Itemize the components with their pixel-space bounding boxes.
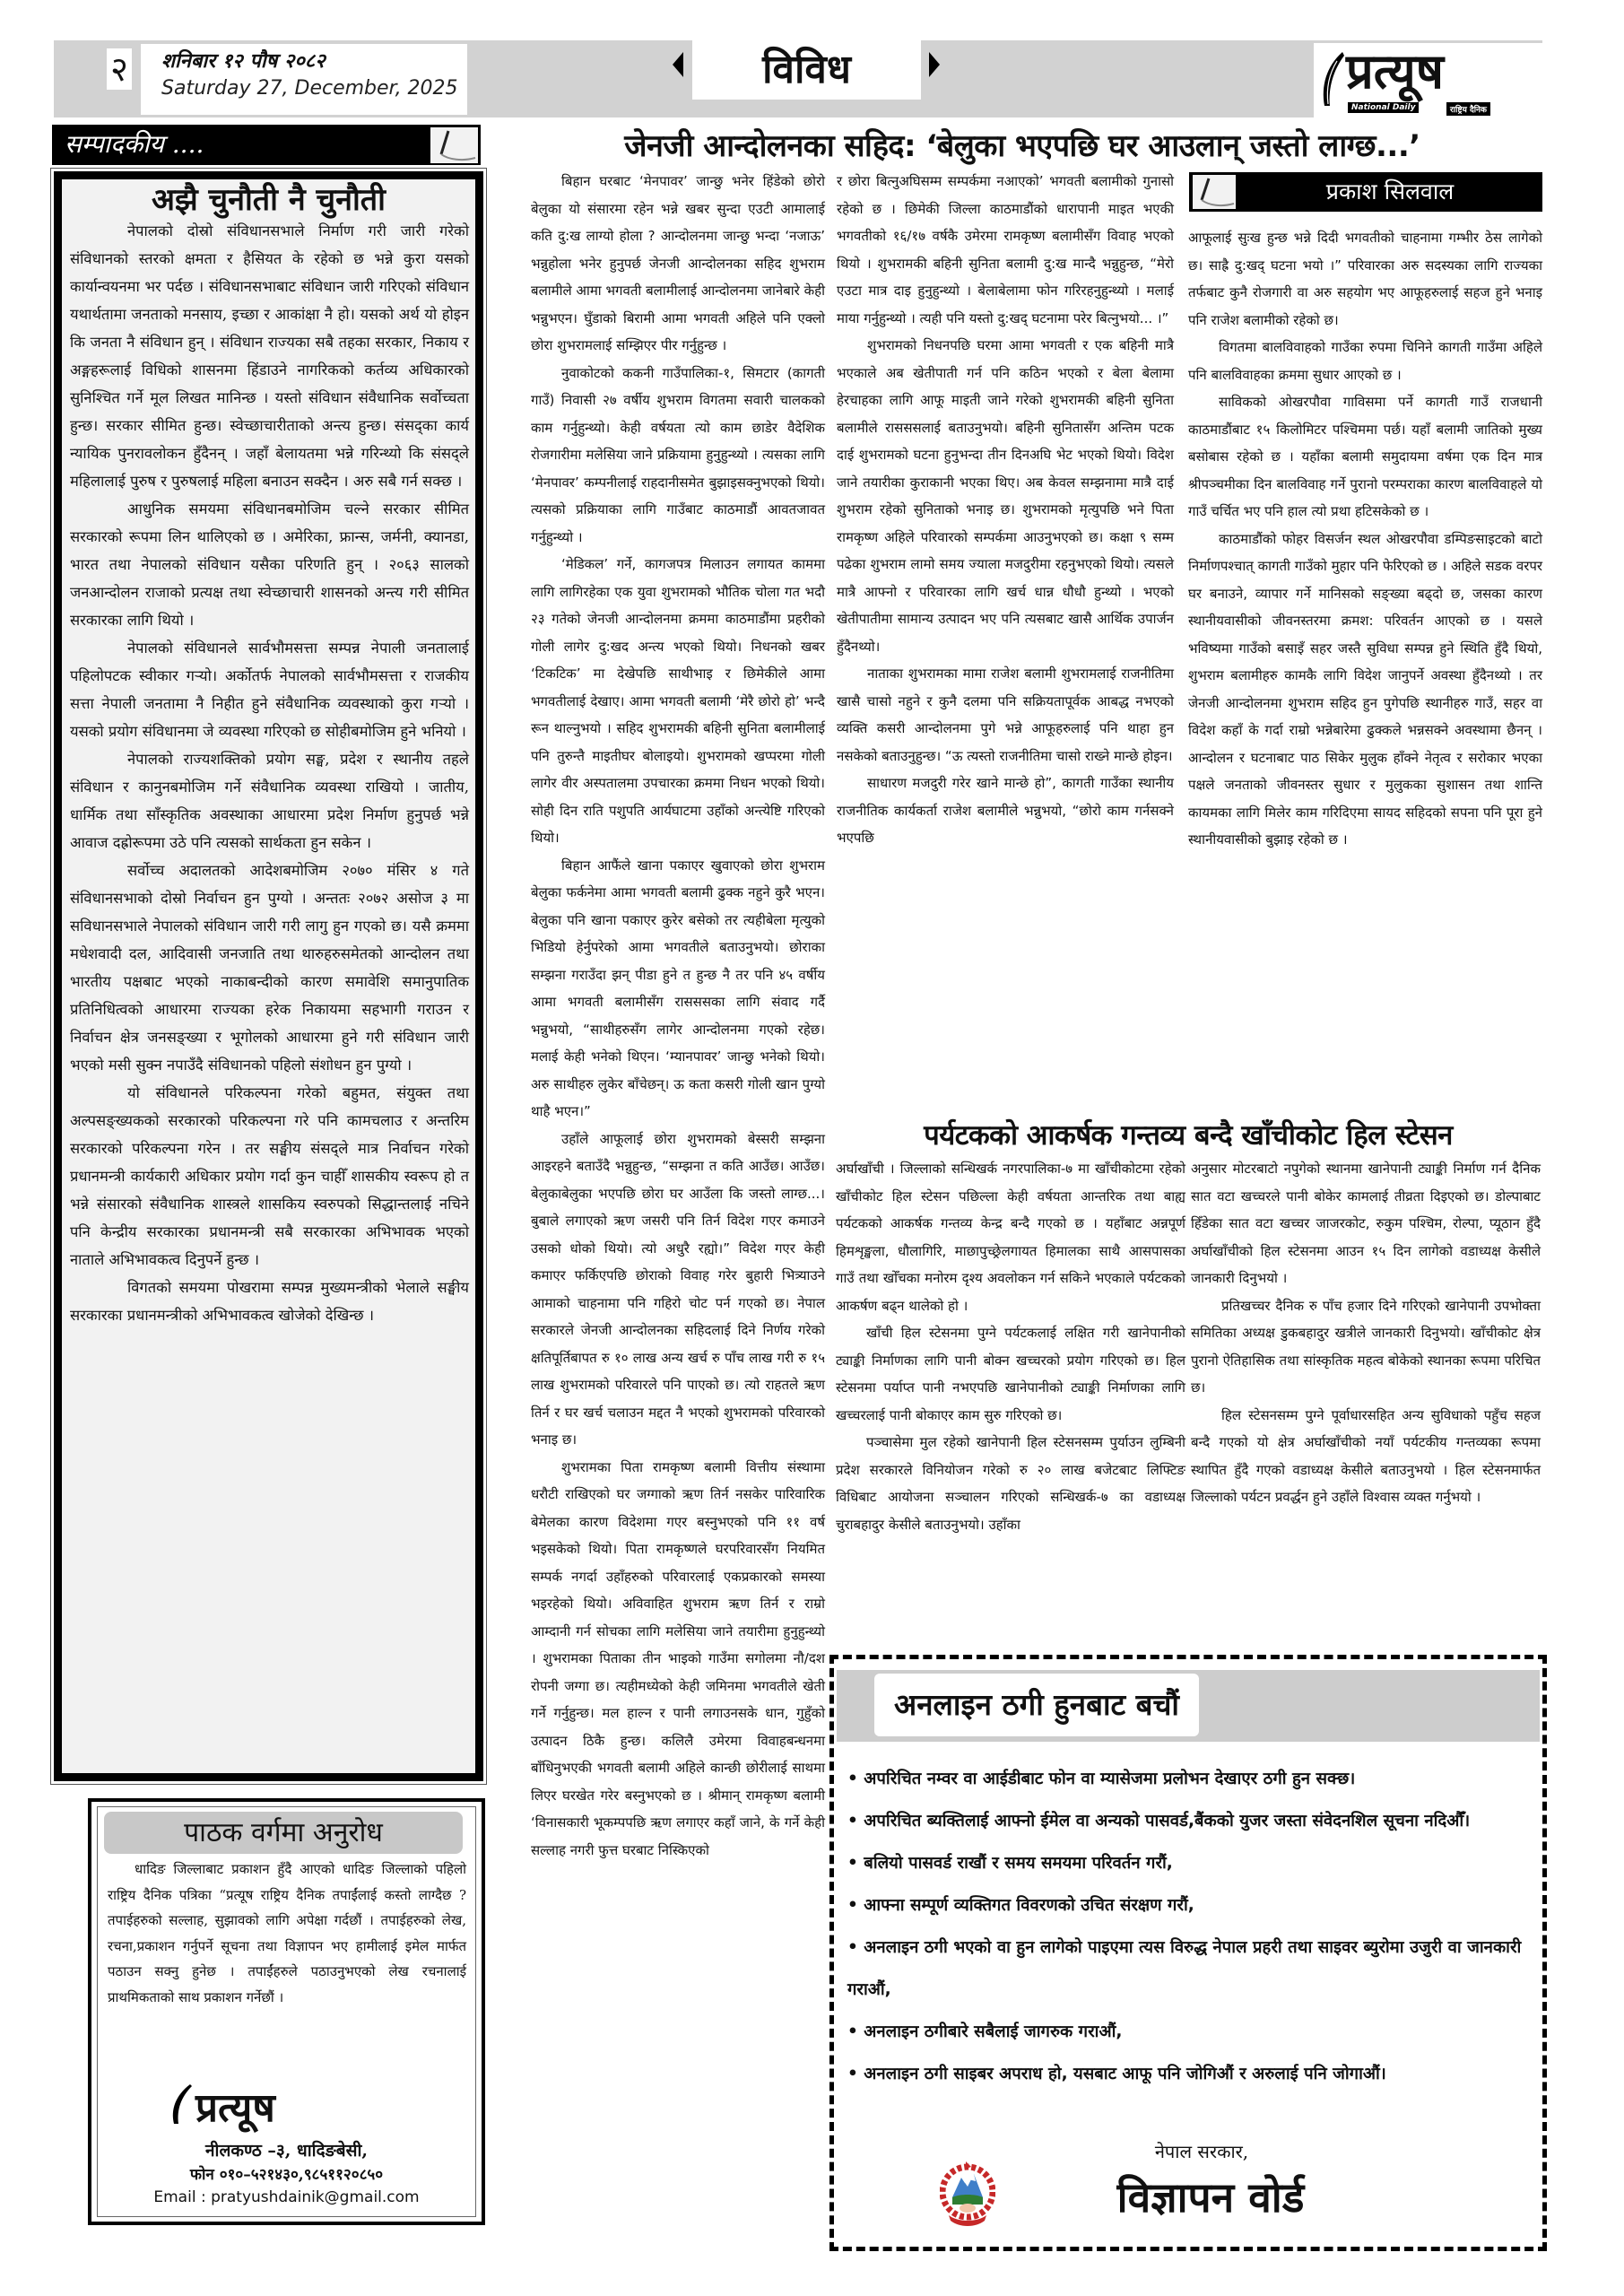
pen-icon	[1193, 175, 1236, 209]
second-headline: पर्यटकको आकर्षक गन्तव्य बन्दै खाँचीकोट ह…	[834, 1116, 1542, 1153]
feather-icon	[169, 2083, 194, 2126]
email-link[interactable]: Email : pratyushdainik@gmail.com	[97, 2188, 476, 2206]
article-paragraph: हिल स्टेसनसम्म पुग्ने पूर्वाधारसहित अन्य…	[1191, 1402, 1541, 1511]
editorial-paragraph: यो संविधानले परिकल्पना गरेको बहुमत, संयु…	[70, 1079, 469, 1274]
article-paragraph: ‘मेडिकल’ गर्ने, कागजपत्र मिलाउन लगायत का…	[531, 551, 825, 852]
article-paragraph: प्रतिखच्चर दैनिक रु पाँच हजार दिने गरिएक…	[1191, 1292, 1541, 1402]
feather-icon	[1319, 50, 1346, 108]
article-paragraph: बिहान घरबाट ‘मेनपावर’ जान्छु भनेर हिंडेक…	[531, 168, 825, 360]
ad-title: अनलाइन ठगी हुनबाट बचौं	[874, 1674, 1199, 1736]
ad-tip: • अपरिचित ब्यक्तिलाई आफ्नो ईमेल वा अन्यक…	[847, 1800, 1538, 1842]
article-paragraph: नाताका शुभरामका मामा राजेश बलामी शुभरामल…	[837, 660, 1174, 770]
second-article-column-1: अर्घाखाँची । जिल्लाको सन्धिखर्क नगरपालिक…	[836, 1155, 1185, 1538]
masthead-logo: प्रत्यूष National Daily राष्ट्रिय दैनिक	[1314, 43, 1545, 117]
editorial-paragraph: नेपालको संविधानले सार्वभौमसत्ता सम्पन्न …	[70, 634, 469, 745]
reader-request-logo: प्रत्यूष	[195, 2079, 275, 2133]
editorial-paragraph: विगतको समयमा पोखरामा सम्पन्न मुख्यमन्त्र…	[70, 1274, 469, 1329]
main-headline: जेनजी आन्दोलनका सहिद: ‘बेलुका भएपछि घर आ…	[502, 124, 1542, 165]
editorial-paragraph: आधुनिक समयमा संविधानबमोजिम चल्ने सरकार स…	[70, 495, 469, 634]
editorial-paragraph: नेपालको राज्यशक्तिको प्रयोग सङ्घ, प्रदेश…	[70, 745, 469, 857]
article-paragraph: साधारण मजदुरी गरेर खाने मान्छे हो”, कागत…	[837, 770, 1174, 852]
phone: फोन ०१०–५२१४३०,९८५११२०८५०	[97, 2163, 476, 2184]
logo-tag-english: National Daily	[1348, 102, 1419, 113]
logo-tag-nepali: राष्ट्रिय दैनिक	[1446, 102, 1490, 116]
reader-request-body: धादिङ जिल्लाबाट प्रकाशन हुँदै आएको धादिङ…	[108, 1857, 466, 2010]
editorial-paragraph: नेपालको दोस्रो संविधानसभाले निर्माण गरी …	[70, 217, 469, 495]
editorial-title: अझै चुनौती नै चुनौती	[54, 178, 483, 219]
section-title: विविध	[692, 40, 921, 100]
ad-tip: • अनलाइन ठगी भएको वा हुन लागेको पाइएमा त…	[847, 1926, 1538, 2011]
address: नीलकण्ठ –३, धादिङबेसी,	[97, 2138, 476, 2161]
ad-issuer-line1: नेपाल सरकार,	[1103, 2139, 1300, 2163]
author-name: प्रकाश सिलवाल	[1246, 176, 1533, 206]
ad-tip: • अनलाइन ठगी साइबर अपराध हो, यसबाट आफू प…	[847, 2053, 1538, 2095]
date-nepali: शनिबार १२ पौष २०८२	[161, 47, 326, 74]
article-paragraph: अनुसार मोटरबाटो नपुगेको स्थानमा खानेपानी…	[1191, 1155, 1541, 1292]
article-paragraph: विगतमा बालविवाहको गाउँका रुपमा चिनिने का…	[1188, 334, 1542, 388]
ad-tip: • आफ्ना सम्पूर्ण व्यक्तिगत विवरणको उचित …	[847, 1884, 1538, 1926]
article-paragraph: पञ्चासेमा मुल रहेको खानेपानी हिल स्टेसनस…	[836, 1429, 1185, 1538]
article-paragraph: नुवाकोटको ककनी गाउँपालिका-१, सिमटार (काग…	[531, 360, 825, 552]
ad-tip: • अनलाइन ठगीबारे सबैलाई जागरुक गराऔं,	[847, 2011, 1538, 2053]
article-paragraph: काठमाडौंको फोहर विसर्जन स्थल ओखरपौवा डम्…	[1188, 526, 1542, 854]
editorial-label: सम्पादकीय ....	[65, 126, 204, 161]
article-paragraph: साविकको ओखरपौवा गाविसमा पर्ने कागती गाउँ…	[1188, 388, 1542, 526]
article-paragraph: शुभरामका पिता रामकृष्ण बलामी वित्तीय संस…	[531, 1454, 825, 1865]
next-section-arrow-icon[interactable]	[929, 52, 940, 77]
article-paragraph: अर्घाखाँची । जिल्लाको सन्धिखर्क नगरपालिक…	[836, 1155, 1185, 1319]
article-column-1: बिहान घरबाट ‘मेनपावर’ जान्छु भनेर हिंडेक…	[531, 168, 825, 1864]
ad-issuer-line2: विज्ञापन वोर्ड	[1067, 2169, 1354, 2224]
page-number: २	[107, 48, 132, 90]
editorial-body: नेपालको दोस्रो संविधानसभाले निर्माण गरी …	[70, 217, 469, 1329]
pen-icon	[430, 127, 478, 163]
logo-wordmark: प्रत्यूष	[195, 2085, 275, 2131]
article-paragraph: आफूलाई सुःख हुन्छ भन्ने दिदी भगवतीको चाह…	[1188, 224, 1542, 334]
nepal-emblem-icon	[940, 2154, 995, 2235]
ad-tips-list: • अपरिचित नम्वर वा आईडीबाट फोन वा म्यासे…	[847, 1758, 1538, 2095]
reader-request-text: धादिङ जिल्लाबाट प्रकाशन हुँदै आएको धादिङ…	[108, 1857, 466, 2010]
article-paragraph: शुभरामको निधनपछि घरमा आमा भगवती र एक बहि…	[837, 332, 1174, 660]
logo-wordmark: प्रत्यूष	[1346, 43, 1444, 99]
editorial-paragraph: सर्वोच्च अदालतको आदेशबमोजिम २०७० मंसिर ४…	[70, 857, 469, 1079]
article-paragraph: खाँची हिल स्टेसनमा पुग्ने पर्यटकलाई लक्ष…	[836, 1319, 1185, 1429]
article-paragraph: बिहान आफैंले खाना पकाएर खुवाएको छोरा शुभ…	[531, 852, 825, 1126]
article-paragraph: उहाँले आफूलाई छोरा शुभरामको बेस्सरी सम्झ…	[531, 1126, 825, 1454]
second-article-column-2: अनुसार मोटरबाटो नपुगेको स्थानमा खानेपानी…	[1191, 1155, 1541, 1511]
ad-tip: • बलियो पासवर्ड राखौं र समय समयमा परिवर्…	[847, 1842, 1538, 1884]
article-column-2: र छोरा बित्नुअघिसम्म सम्पर्कमा नआएको’ भग…	[837, 168, 1174, 852]
ad-tip: • अपरिचित नम्वर वा आईडीबाट फोन वा म्यासे…	[847, 1758, 1538, 1800]
article-column-3: आफूलाई सुःख हुन्छ भन्ने दिदी भगवतीको चाह…	[1188, 224, 1542, 854]
date-english: Saturday 27, December, 2025	[161, 77, 458, 100]
reader-request-title: पाठक वर्गमा अनुरोध	[104, 1812, 463, 1854]
article-paragraph: र छोरा बित्नुअघिसम्म सम्पर्कमा नआएको’ भग…	[837, 168, 1174, 332]
prev-section-arrow-icon[interactable]	[673, 52, 683, 77]
